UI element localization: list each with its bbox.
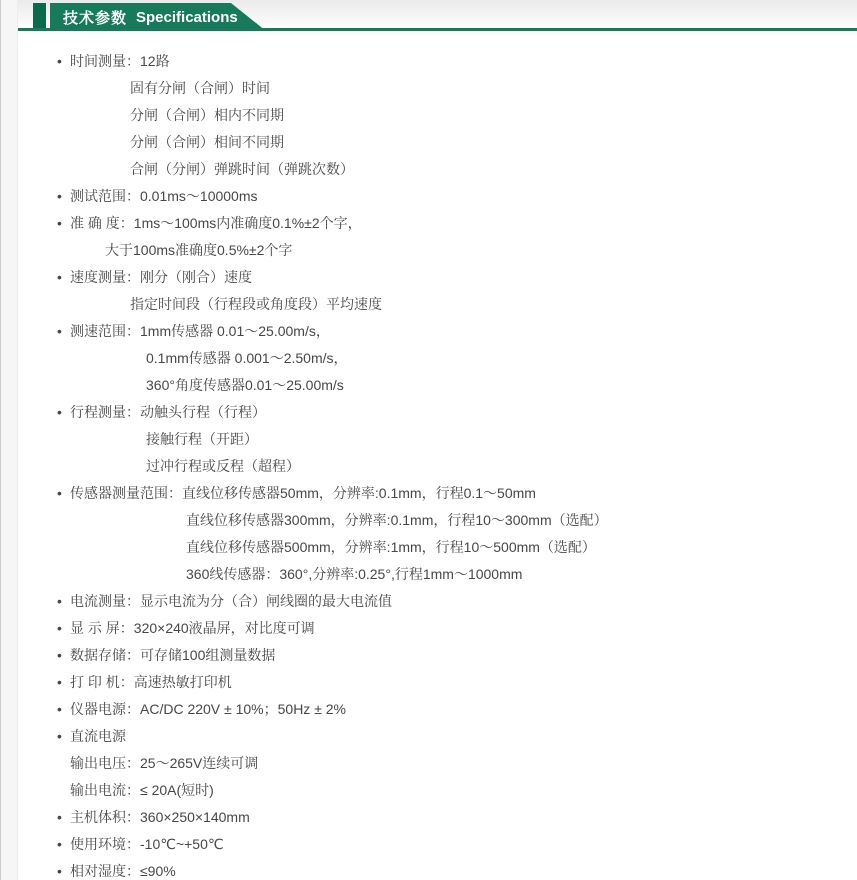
spec-item-text: 使用环境：-10℃~+50℃ — [70, 836, 224, 852]
spec-item: 使用环境：-10℃~+50℃ — [70, 831, 857, 858]
spec-item-text: 相对湿度：≤90% — [70, 863, 176, 879]
spec-item: 测速范围：1mm传感器 0.01～25.00m/s， — [70, 318, 857, 345]
spec-item: 数据存储：可存储100组测量数据 — [70, 642, 857, 669]
spec-item-continuation: 360线传感器：360°,分辨率:0.25°,行程1mm～1000mm — [70, 561, 857, 588]
header-accent-block — [33, 3, 46, 31]
spec-item-text: 显 示 屏：320×240液晶屏，对比度可调 — [70, 620, 315, 636]
spec-item: 相对湿度：≤90% — [70, 858, 857, 880]
section-title-en: Specifications — [136, 9, 238, 26]
spec-item-text: 输出电流：≤ 20A(短时) — [70, 782, 214, 798]
spec-item: 仪器电源：AC/DC 220V ± 10%；50Hz ± 2% — [70, 696, 857, 723]
spec-item-text: 过冲行程或反程（超程） — [146, 458, 300, 474]
section-header: 技术参数 Specifications — [18, 0, 857, 31]
spec-item-text: 直线位移传感器500mm，分辨率:1mm，行程10～500mm（选配） — [186, 539, 596, 555]
spec-item-continuation: 0.1mm传感器 0.001～2.50m/s， — [70, 345, 857, 372]
spec-item-text: 数据存储：可存储100组测量数据 — [70, 647, 275, 663]
spec-item-text: 分闸（合闸）相间不同期 — [130, 134, 284, 150]
spec-item-text: 测速范围：1mm传感器 0.01～25.00m/s， — [70, 323, 330, 339]
spec-item: 测试范围：0.01ms～10000ms — [70, 183, 857, 210]
spec-item: 主机体积：360×250×140mm — [70, 804, 857, 831]
spec-item-text: 主机体积：360×250×140mm — [70, 809, 250, 825]
spec-list: 时间测量：12路固有分闸（合闸）时间分闸（合闸）相内不同期分闸（合闸）相间不同期… — [18, 48, 857, 880]
spec-item-continuation: 固有分闸（合闸）时间 — [70, 75, 857, 102]
spec-item: 显 示 屏：320×240液晶屏，对比度可调 — [70, 615, 857, 642]
spec-item-continuation: 输出电压：25～265V连续可调 — [70, 750, 857, 777]
spec-item-text: 固有分闸（合闸）时间 — [130, 80, 270, 96]
spec-item-text: 直线位移传感器300mm，分辨率:0.1mm，行程10～300mm（选配） — [186, 512, 608, 528]
section-title-zh: 技术参数 — [63, 7, 127, 28]
spec-item-continuation: 大于100ms准确度0.5%±2个字 — [70, 237, 857, 264]
section-header-banner: 技术参数 Specifications — [50, 3, 266, 31]
spec-item-continuation: 分闸（合闸）相间不同期 — [70, 129, 857, 156]
spec-item-continuation: 360°角度传感器0.01～25.00m/s — [70, 372, 857, 399]
spec-item-continuation: 接触行程（开距） — [70, 426, 857, 453]
spec-item-continuation: 分闸（合闸）相内不同期 — [70, 102, 857, 129]
spec-item-continuation: 过冲行程或反程（超程） — [70, 453, 857, 480]
spec-item-text: 360线传感器：360°,分辨率:0.25°,行程1mm～1000mm — [186, 566, 522, 582]
spec-item: 准 确 度：1ms～100ms内准确度0.1%±2个字， — [70, 210, 857, 237]
spec-item-continuation: 直线位移传感器500mm，分辨率:1mm，行程10～500mm（选配） — [70, 534, 857, 561]
spec-item: 直流电源 — [70, 723, 857, 750]
spec-item-continuation: 直线位移传感器300mm，分辨率:0.1mm，行程10～300mm（选配） — [70, 507, 857, 534]
spec-item-text: 指定时间段（行程段或角度段）平均速度 — [130, 296, 382, 312]
spec-item-text: 大于100ms准确度0.5%±2个字 — [105, 242, 292, 258]
left-gutter — [0, 0, 18, 880]
spec-item: 行程测量：动触头行程（行程） — [70, 399, 857, 426]
spec-item-text: 传感器测量范围：直线位移传感器50mm，分辨率:0.1mm，行程0.1～50mm — [70, 485, 536, 501]
spec-item-text: 接触行程（开距） — [146, 431, 258, 447]
spec-item-text: 打 印 机：高速热敏打印机 — [70, 674, 232, 690]
spec-item-text: 仪器电源：AC/DC 220V ± 10%；50Hz ± 2% — [70, 701, 346, 717]
spec-item: 传感器测量范围：直线位移传感器50mm，分辨率:0.1mm，行程0.1～50mm — [70, 480, 857, 507]
spec-item-text: 测试范围：0.01ms～10000ms — [70, 188, 258, 204]
spec-item: 时间测量：12路 — [70, 48, 857, 75]
spec-item-text: 时间测量：12路 — [70, 53, 170, 69]
spec-item-text: 分闸（合闸）相内不同期 — [130, 107, 284, 123]
spec-item-text: 360°角度传感器0.01～25.00m/s — [146, 377, 344, 393]
spec-item-text: 输出电压：25～265V连续可调 — [70, 755, 258, 771]
spec-item-text: 合闸（分闸）弹跳时间（弹跳次数） — [130, 161, 354, 177]
spec-item-continuation: 输出电流：≤ 20A(短时) — [70, 777, 857, 804]
spec-item-continuation: 指定时间段（行程段或角度段）平均速度 — [70, 291, 857, 318]
specifications-content: 时间测量：12路固有分闸（合闸）时间分闸（合闸）相内不同期分闸（合闸）相间不同期… — [18, 31, 857, 880]
spec-item-continuation: 合闸（分闸）弹跳时间（弹跳次数） — [70, 156, 857, 183]
spec-item-text: 速度测量：刚分（刚合）速度 — [70, 269, 252, 285]
spec-item-text: 0.1mm传感器 0.001～2.50m/s， — [146, 350, 348, 366]
spec-item: 打 印 机：高速热敏打印机 — [70, 669, 857, 696]
spec-item: 速度测量：刚分（刚合）速度 — [70, 264, 857, 291]
spec-item-text: 行程测量：动触头行程（行程） — [70, 404, 266, 420]
specifications-page: 技术参数 Specifications 时间测量：12路固有分闸（合闸）时间分闸… — [0, 0, 857, 880]
spec-item-text: 准 确 度：1ms～100ms内准确度0.1%±2个字， — [70, 215, 362, 231]
spec-item-text: 直流电源 — [70, 728, 126, 744]
spec-item: 电流测量：显示电流为分（合）闸线圈的最大电流值 — [70, 588, 857, 615]
spec-item-text: 电流测量：显示电流为分（合）闸线圈的最大电流值 — [70, 593, 392, 609]
